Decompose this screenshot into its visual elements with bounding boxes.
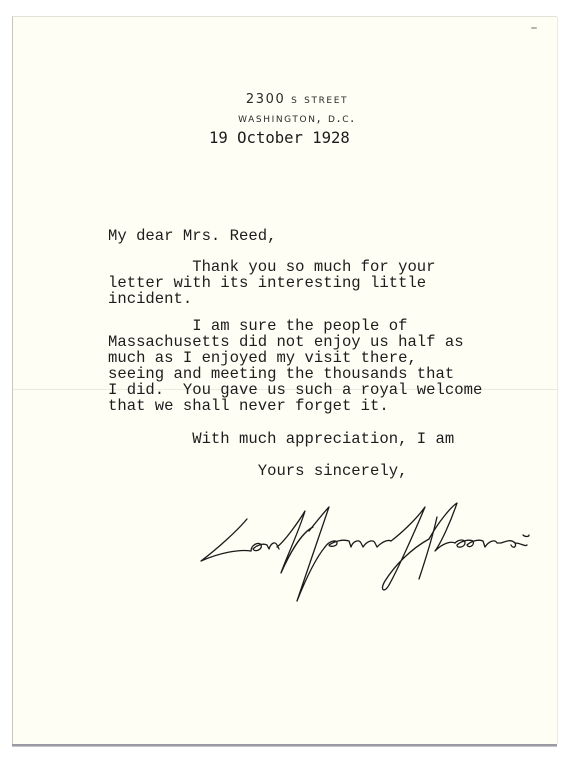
letterhead-street: 2300 S Street xyxy=(13,92,569,107)
paragraph-2: I am sure the people of Massachusetts di… xyxy=(108,318,482,414)
paragraph-1: Thank you so much for your letter with i… xyxy=(108,259,436,307)
ink-smudge xyxy=(531,27,537,29)
letter-paper: 2300 S Street Washington, D.C. 19 Octobe… xyxy=(12,16,557,744)
letterhead-city: Washington, D.C. xyxy=(13,111,569,126)
salutation: My dear Mrs. Reed, xyxy=(108,228,276,244)
letter-date: 19 October 1928 xyxy=(209,129,350,147)
signature-icon xyxy=(189,491,569,621)
closing-line: With much appreciation, I am xyxy=(108,431,454,447)
valediction: Yours sincerely, xyxy=(108,463,407,479)
paper-edge xyxy=(557,17,558,744)
paragraph-line: incident. xyxy=(108,290,192,308)
page: 2300 S Street Washington, D.C. 19 Octobe… xyxy=(0,0,576,757)
paragraph-line: that we shall never forget it. xyxy=(108,397,389,415)
